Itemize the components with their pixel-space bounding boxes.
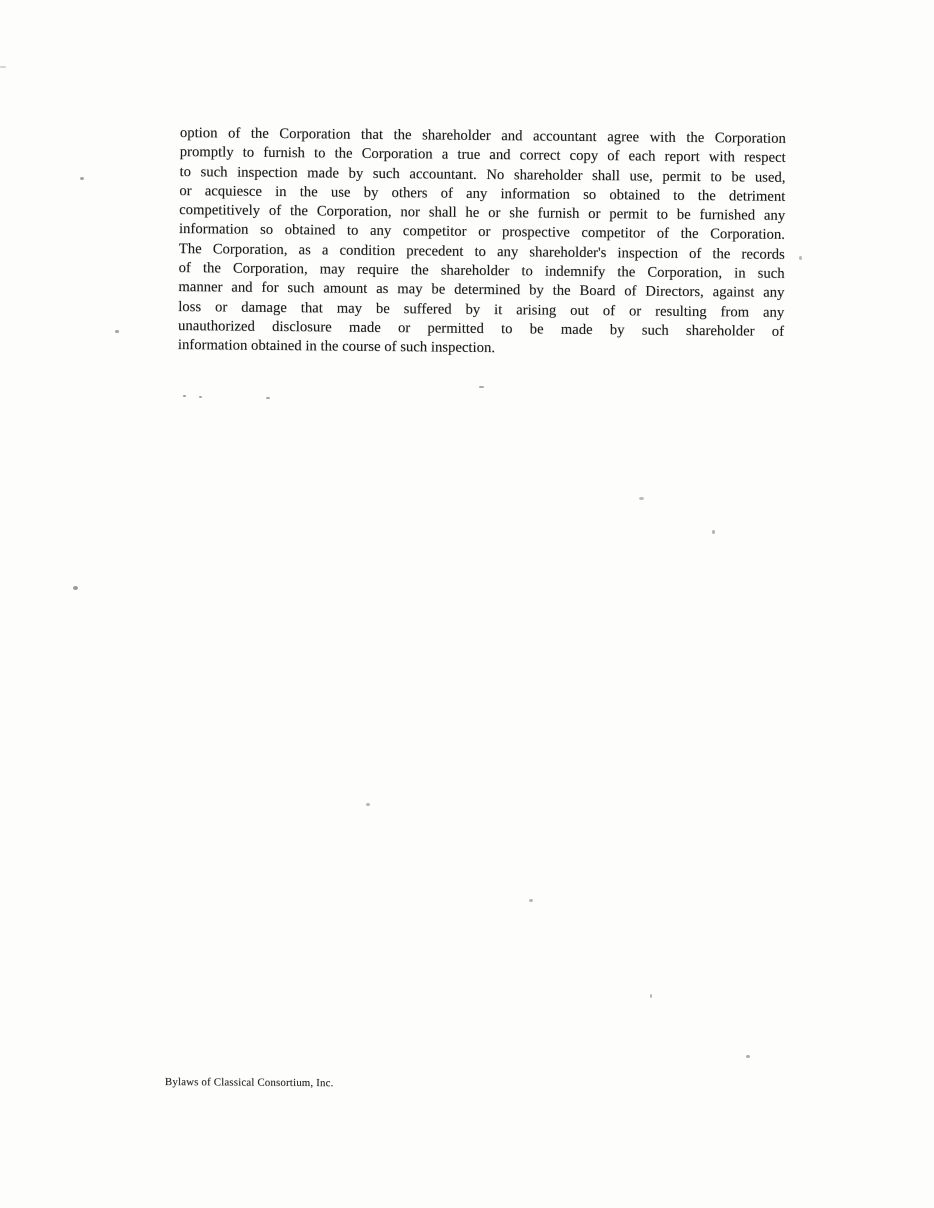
scan-speckle	[479, 386, 484, 388]
scan-speckle	[712, 530, 715, 534]
page-footer: Bylaws of Classical Consortium, Inc.	[165, 1076, 334, 1089]
scan-speckle	[799, 256, 802, 260]
scan-speckle	[80, 177, 84, 180]
scan-speckle	[639, 497, 644, 500]
scan-speckle	[650, 994, 652, 998]
scan-speckle	[529, 899, 533, 902]
body-paragraph: option of the Corporation that the share…	[178, 124, 786, 361]
scan-speckle	[746, 1055, 750, 1058]
scan-speckle	[199, 396, 202, 398]
scan-speckle	[73, 586, 78, 590]
scan-speckle	[266, 397, 270, 399]
scan-speckle	[183, 395, 186, 397]
scan-speckle	[115, 330, 119, 333]
scanned-page: option of the Corporation that the share…	[0, 0, 934, 1208]
scan-speckle	[0, 66, 6, 68]
scan-speckle	[366, 803, 370, 806]
